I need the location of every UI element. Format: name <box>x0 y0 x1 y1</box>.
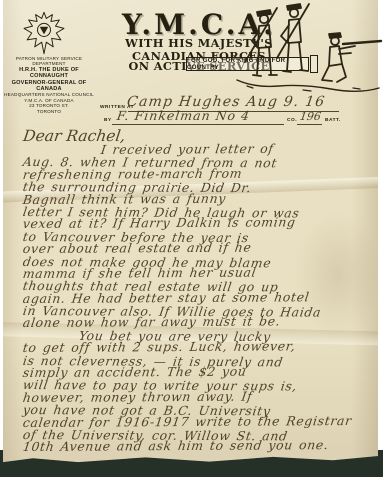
by-value: F. Finkelman No 4 <box>116 108 249 123</box>
letter-lines: I received your letter of Aug. 8. when I… <box>22 144 370 454</box>
by-label: BY <box>104 118 112 123</box>
patron-line: PATRON MILITARY SERVICE DEPARTMENT <box>1 56 97 67</box>
company-rule <box>297 124 322 125</box>
battalion-number-value: 196 <box>299 110 320 123</box>
company-label: CO. <box>287 118 297 123</box>
patron-line: GOVERNOR-GENERAL OF CANADA <box>1 80 97 93</box>
battalion-number-handwriting: 196 <box>299 110 322 123</box>
battalion-label: BATT. <box>325 118 341 123</box>
by-handwriting: F. Finkelman No 4 <box>116 108 251 123</box>
maple-leaf-ymca-crest-icon <box>21 9 67 57</box>
patron-line: H.R.H. THE DUKE OF CONNAUGHT <box>1 67 97 80</box>
patron-line: TORONTO <box>1 109 97 114</box>
letter-body: Dear Rachel, I received your letter of A… <box>22 127 370 454</box>
patron-text-block: PATRON MILITARY SERVICE DEPARTMENTH.R.H.… <box>1 56 97 114</box>
letter-line-handwriting: 10th Avenue and ask him to send you one. <box>22 439 329 453</box>
letter-line: 10th Avenue and ask him to send you one. <box>22 439 370 454</box>
by-rule <box>112 124 284 125</box>
